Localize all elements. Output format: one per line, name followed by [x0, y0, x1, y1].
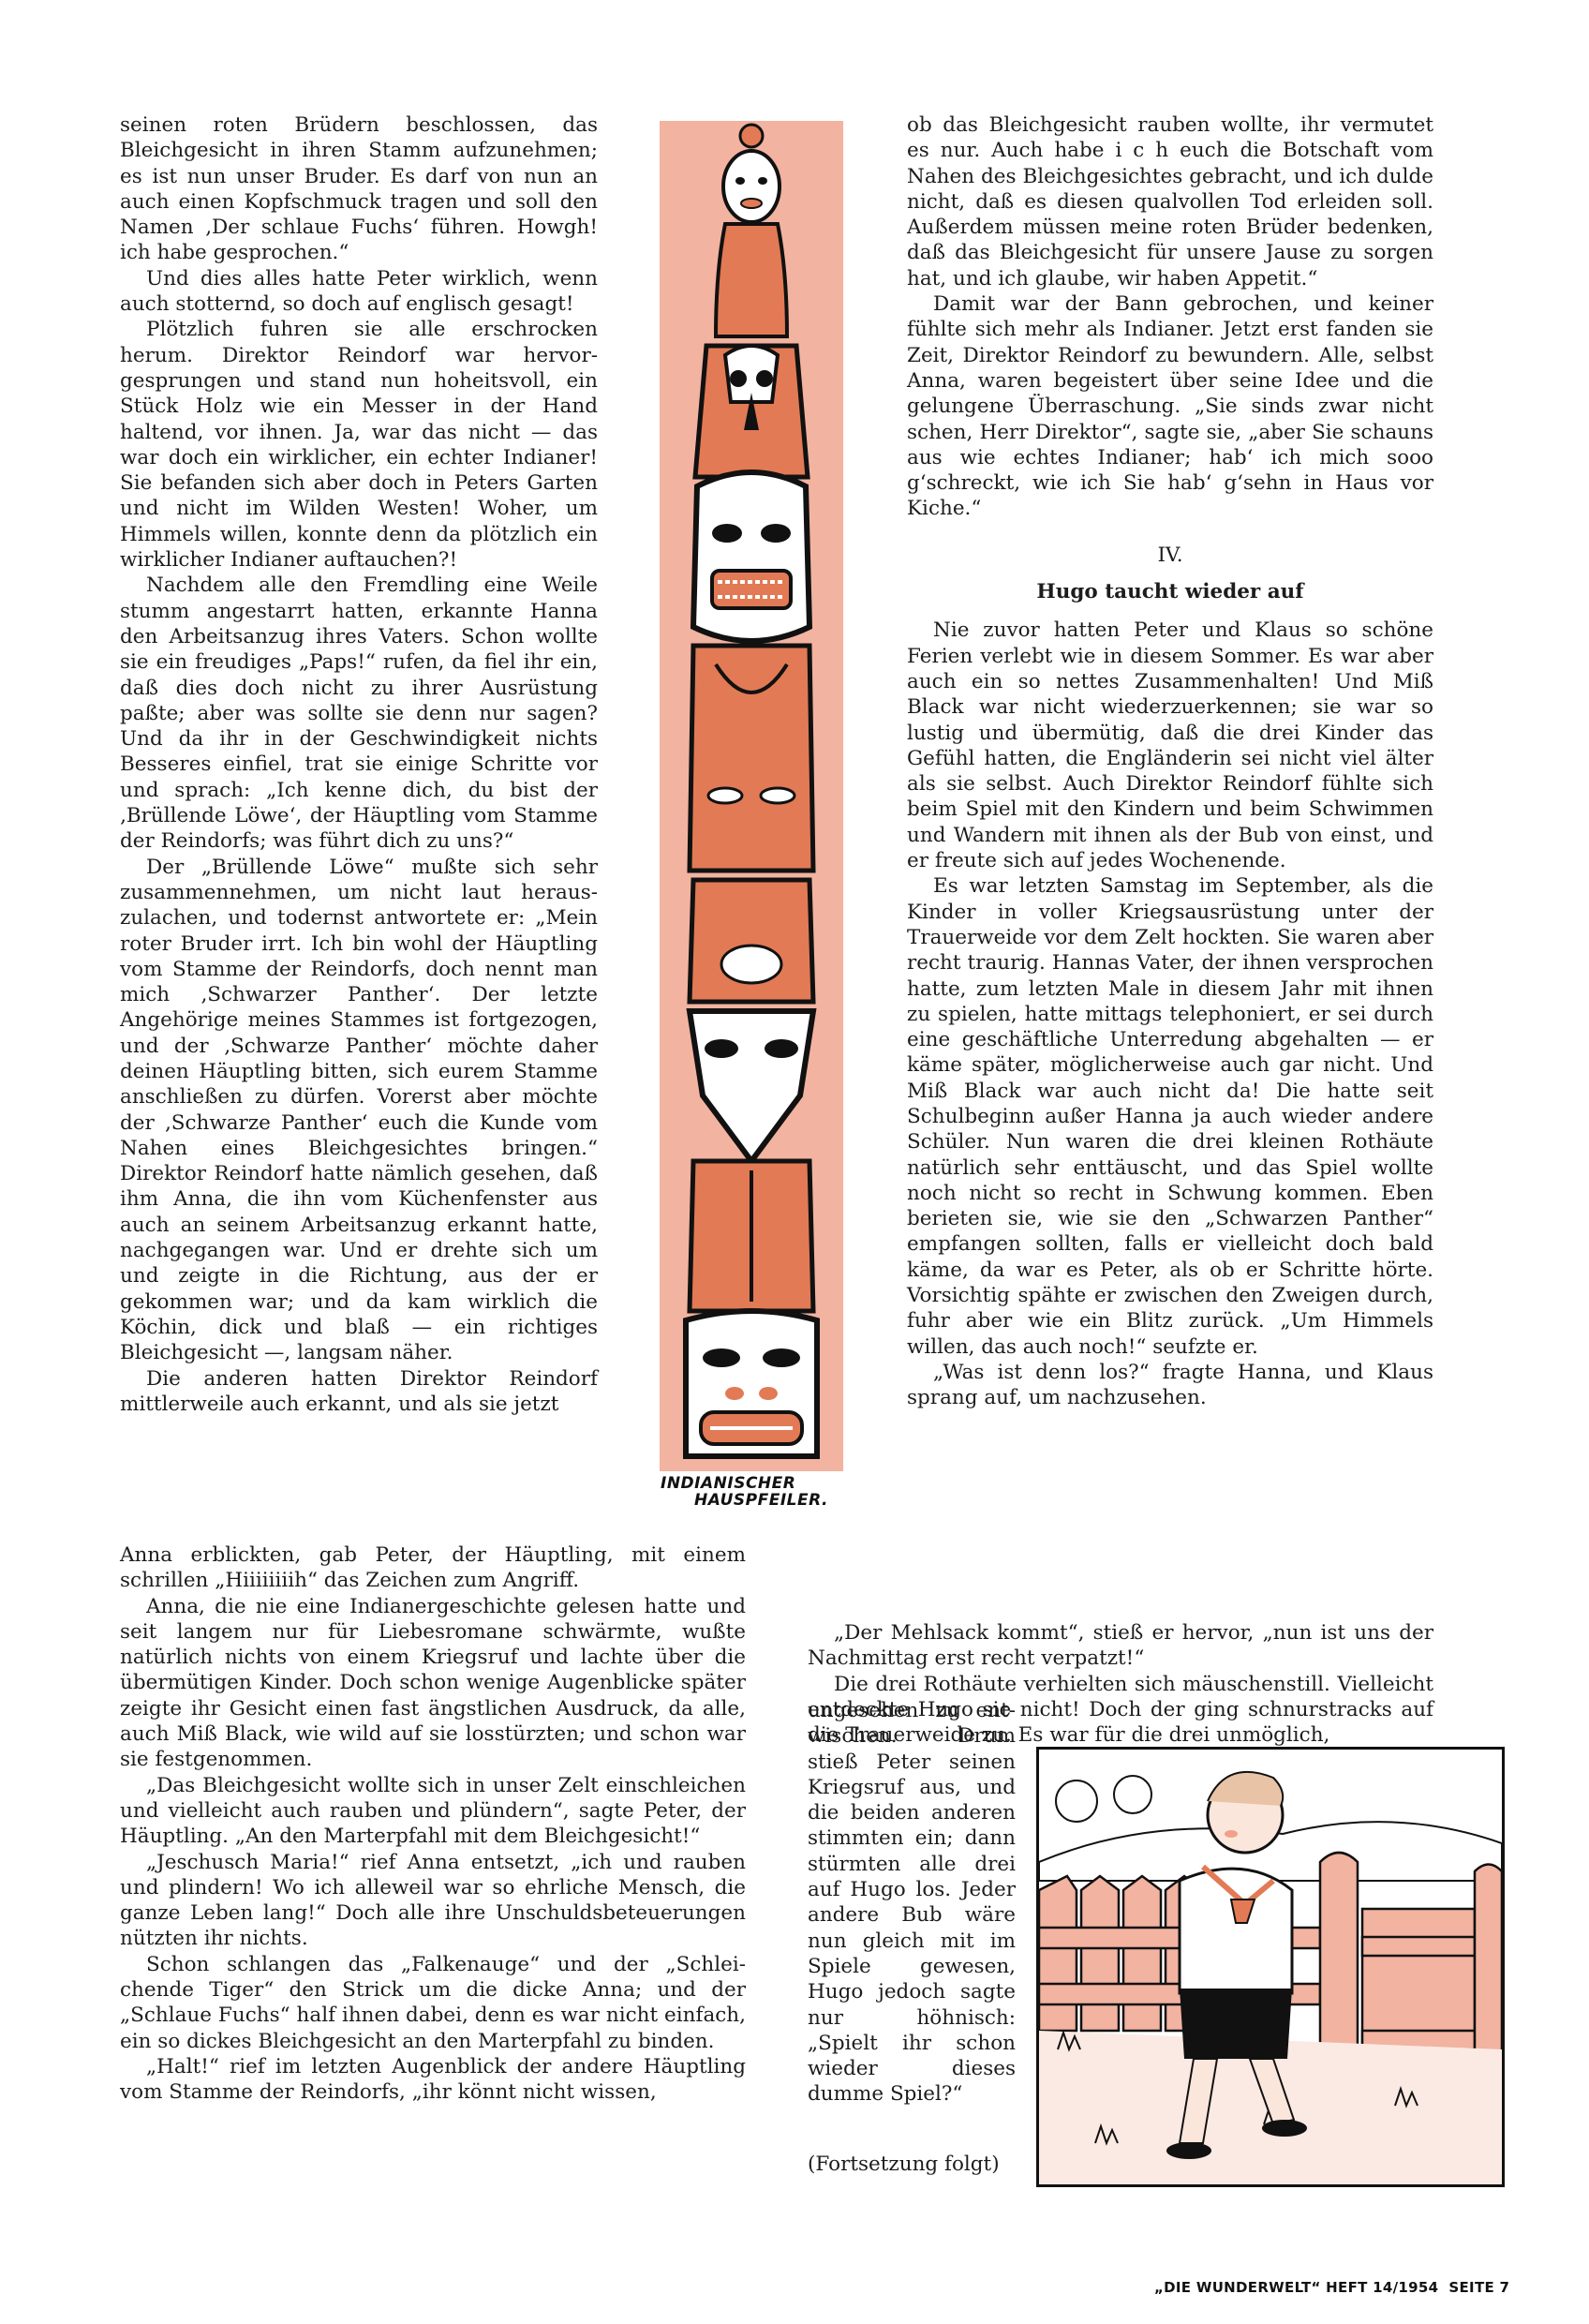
- totem-caption: INDIANISCHER HAUSPFEILER.: [661, 1475, 848, 1509]
- caption-line: INDIANISCHER: [661, 1475, 848, 1492]
- totem-pole-icon: [660, 102, 843, 1480]
- left-text-column: seinen roten Brüdern beschlossen, das Bl…: [120, 112, 598, 1417]
- paragraph: Nachdem alle den Fremdling eine Weile st…: [120, 573, 598, 854]
- chapter-title: Hugo taucht wieder auf: [907, 579, 1433, 604]
- page-footer: „DIE WUNDERWELT“ HEFT 14/1954 SEITE 7: [1154, 2279, 1509, 2296]
- paragraph: „Was ist denn los?“ fragte Hanna, und Kl…: [907, 1360, 1433, 1411]
- paragraph: „Das Bleichgesicht wollte sich in unser …: [120, 1773, 746, 1850]
- boy-at-fence-icon: [1039, 1750, 1502, 2184]
- paragraph: „Der Mehlsack kommt“, stieß er hervor, „…: [808, 1620, 1433, 1672]
- right-text-column: ob das Bleichgesicht rauben wollte, ihr …: [907, 112, 1433, 1411]
- right-text-column-narrow: ungesehen zu ent­wischen. Drum stieß Pet…: [808, 1698, 1016, 2108]
- paragraph: Damit war der Bann gebrochen, und keiner…: [907, 291, 1433, 522]
- caption-line: HAUSPFEILER.: [661, 1492, 848, 1509]
- totem-pole-illustration: [660, 121, 843, 1471]
- paragraph: Die anderen hatten Direktor Reindorf mit…: [120, 1366, 598, 1418]
- paragraph: Schon schlangen das „Falkenauge“ und der…: [120, 1952, 746, 2054]
- paragraph: Plötzlich fuhren sie alle erschrocken he…: [120, 317, 598, 573]
- paragraph: Und dies alles hatte Peter wirklich, wen…: [120, 266, 598, 318]
- paragraph: Anna, die nie eine Indianergeschichte ge…: [120, 1594, 746, 1773]
- paragraph: Nie zuvor hatten Peter und Klaus so schö…: [907, 618, 1433, 873]
- continuation-note-block: (Fortsetzung folgt): [808, 2152, 1016, 2177]
- paragraph: ungesehen zu ent­wischen. Drum stieß Pet…: [808, 1698, 1016, 2108]
- paragraph: Der „Brüllende Löwe“ mußte sich sehr zus…: [120, 855, 598, 1366]
- paragraph: ob das Bleichgesicht rauben wollte, ihr …: [907, 112, 1433, 291]
- paragraph: seinen roten Brüdern beschlossen, das Bl…: [120, 112, 598, 266]
- paragraph: „Halt!“ rief im letzten Augenblick der a…: [120, 2054, 746, 2106]
- paragraph: Es war letzten Samstag im September, als…: [907, 873, 1433, 1360]
- paragraph: Anna erblickten, gab Peter, der Häuptlin…: [120, 1542, 746, 1594]
- paragraph: „Jeschusch Maria!“ rief Anna entsetzt, „…: [120, 1850, 746, 1952]
- continuation-note: (Fortsetzung folgt): [808, 2152, 1016, 2177]
- hugo-illustration: [1036, 1747, 1505, 2187]
- left-text-column-wide: Anna erblickten, gab Peter, der Häuptlin…: [120, 1542, 746, 2106]
- chapter-number: IV.: [907, 543, 1433, 568]
